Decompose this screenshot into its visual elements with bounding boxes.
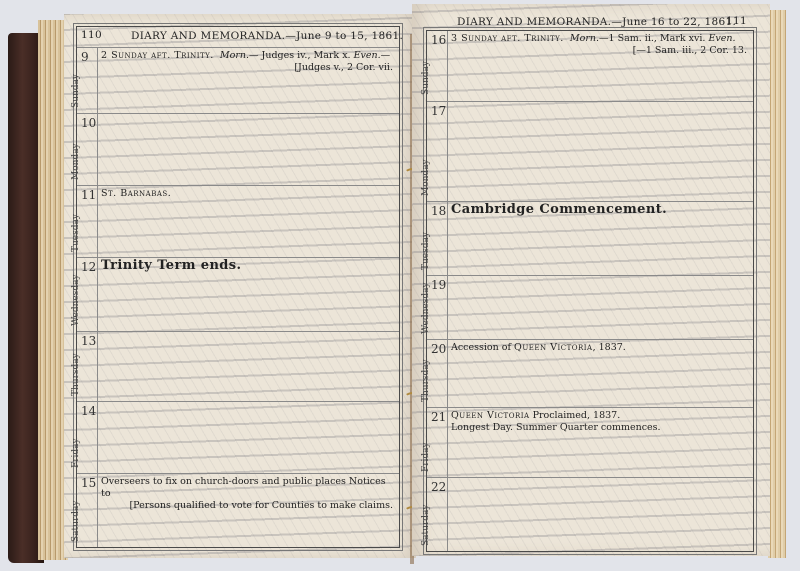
day-number: 19 bbox=[431, 278, 446, 292]
day-print-text: 3 Sunday aft. Trinity. Morn.—1 Sam. ii.,… bbox=[451, 33, 747, 57]
observance: St. Barnabas. bbox=[101, 188, 171, 199]
page-title: DIARY AND MEMORANDA.—June 16 to 22, 1861… bbox=[457, 16, 736, 28]
readings-line2: [—1 Sam. iii., 2 Cor. 13. bbox=[451, 45, 747, 57]
day-row-19: 19 Wednesday bbox=[427, 275, 753, 340]
day-number: 10 bbox=[81, 116, 96, 130]
day-row-15: 15 Saturday Overseers to fix on church-d… bbox=[77, 473, 399, 548]
day-row-21: 21 Friday Queen Victoria Proclaimed, 183… bbox=[427, 407, 753, 478]
day-number: 14 bbox=[81, 404, 96, 418]
left-page-frame: 110 DIARY AND MEMORANDA.—June 9 to 15, 1… bbox=[76, 26, 400, 548]
day-row-11: 11 Tuesday St. Barnabas. bbox=[77, 185, 399, 258]
reading-label: Morn. bbox=[570, 33, 599, 44]
day-number: 9 bbox=[81, 50, 89, 64]
reading-label: Even. bbox=[708, 33, 735, 44]
left-page: 110 DIARY AND MEMORANDA.—June 9 to 15, 1… bbox=[64, 14, 416, 558]
day-row-17: 17 Monday bbox=[427, 101, 753, 202]
left-page-header: 110 DIARY AND MEMORANDA.—June 9 to 15, 1… bbox=[77, 29, 399, 47]
day-number: 13 bbox=[81, 334, 96, 348]
readings: —1 Sam. ii., Mark xvi. bbox=[599, 33, 705, 44]
observance: 2 Sunday aft. Trinity. bbox=[101, 50, 214, 61]
readings-line2: [Judges v., 2 Cor. vii. bbox=[101, 62, 393, 74]
event-name: Queen Victoria bbox=[451, 410, 530, 421]
day-number: 17 bbox=[431, 104, 446, 118]
day-number: 22 bbox=[431, 480, 446, 494]
right-page: DIARY AND MEMORANDA.—June 16 to 22, 1861… bbox=[412, 4, 770, 556]
observance: 3 Sunday aft. Trinity. bbox=[451, 33, 564, 44]
event-year: , 1837. bbox=[593, 342, 626, 353]
day-print-text: Accession of Queen Victoria, 1837. bbox=[451, 342, 747, 354]
page-title: DIARY AND MEMORANDA.—June 9 to 15, 1861. bbox=[131, 30, 403, 42]
right-page-frame: DIARY AND MEMORANDA.—June 16 to 22, 1861… bbox=[426, 30, 754, 552]
day-row-20: 20 Thursday Accession of Queen Victoria,… bbox=[427, 339, 753, 408]
day-print-text: Cambridge Commencement. bbox=[451, 204, 747, 216]
notice: Overseers to fix on church-doors and pub… bbox=[101, 476, 386, 499]
page-edges-right bbox=[768, 10, 786, 558]
page-number: 110 bbox=[81, 29, 102, 41]
reading-label: Morn. bbox=[220, 50, 249, 61]
day-row-13: 13 Thursday bbox=[77, 331, 399, 402]
day-number: 18 bbox=[431, 204, 446, 218]
day-row-18: 18 Tuesday Cambridge Commencement. bbox=[427, 201, 753, 276]
page-number: 111 bbox=[726, 15, 747, 27]
day-number: 21 bbox=[431, 410, 446, 424]
day-number: 16 bbox=[431, 33, 446, 47]
notice-line2: [Persons qualified to vote for Counties … bbox=[101, 500, 393, 512]
event-name: Queen Victoria bbox=[514, 342, 593, 353]
day-number: 12 bbox=[81, 260, 96, 274]
day-print-text: Queen Victoria Proclaimed, 1837. Longest… bbox=[451, 410, 747, 434]
day-row-12: 12 Wednesday Trinity Term ends. bbox=[77, 257, 399, 332]
day-number: 20 bbox=[431, 342, 446, 356]
day-number: 11 bbox=[81, 188, 96, 202]
day-print-text: Overseers to fix on church-doors and pub… bbox=[101, 476, 393, 512]
event-line2: Longest Day. Summer Quarter commences. bbox=[451, 422, 747, 434]
day-number: 15 bbox=[81, 476, 96, 490]
day-row-16: 16 Sunday 3 Sunday aft. Trinity. Morn.—1… bbox=[427, 31, 753, 101]
event-detail: Proclaimed, 1837. bbox=[530, 410, 621, 421]
day-row-22: 22 Saturday bbox=[427, 477, 753, 552]
day-print-text: St. Barnabas. bbox=[101, 188, 393, 200]
day-print-text: 2 Sunday aft. Trinity. Morn.— Judges iv.… bbox=[101, 50, 393, 74]
day-row-10: 10 Monday bbox=[77, 113, 399, 186]
day-print-text: Trinity Term ends. bbox=[101, 260, 393, 272]
day-row-9: 9 Sunday 2 Sunday aft. Trinity. Morn.— J… bbox=[77, 47, 399, 114]
event-prefix: Accession of bbox=[451, 342, 511, 353]
day-row-14: 14 Friday bbox=[77, 401, 399, 474]
readings: — Judges iv., Mark x. bbox=[249, 50, 351, 61]
reading-label: Even.— bbox=[354, 50, 391, 61]
